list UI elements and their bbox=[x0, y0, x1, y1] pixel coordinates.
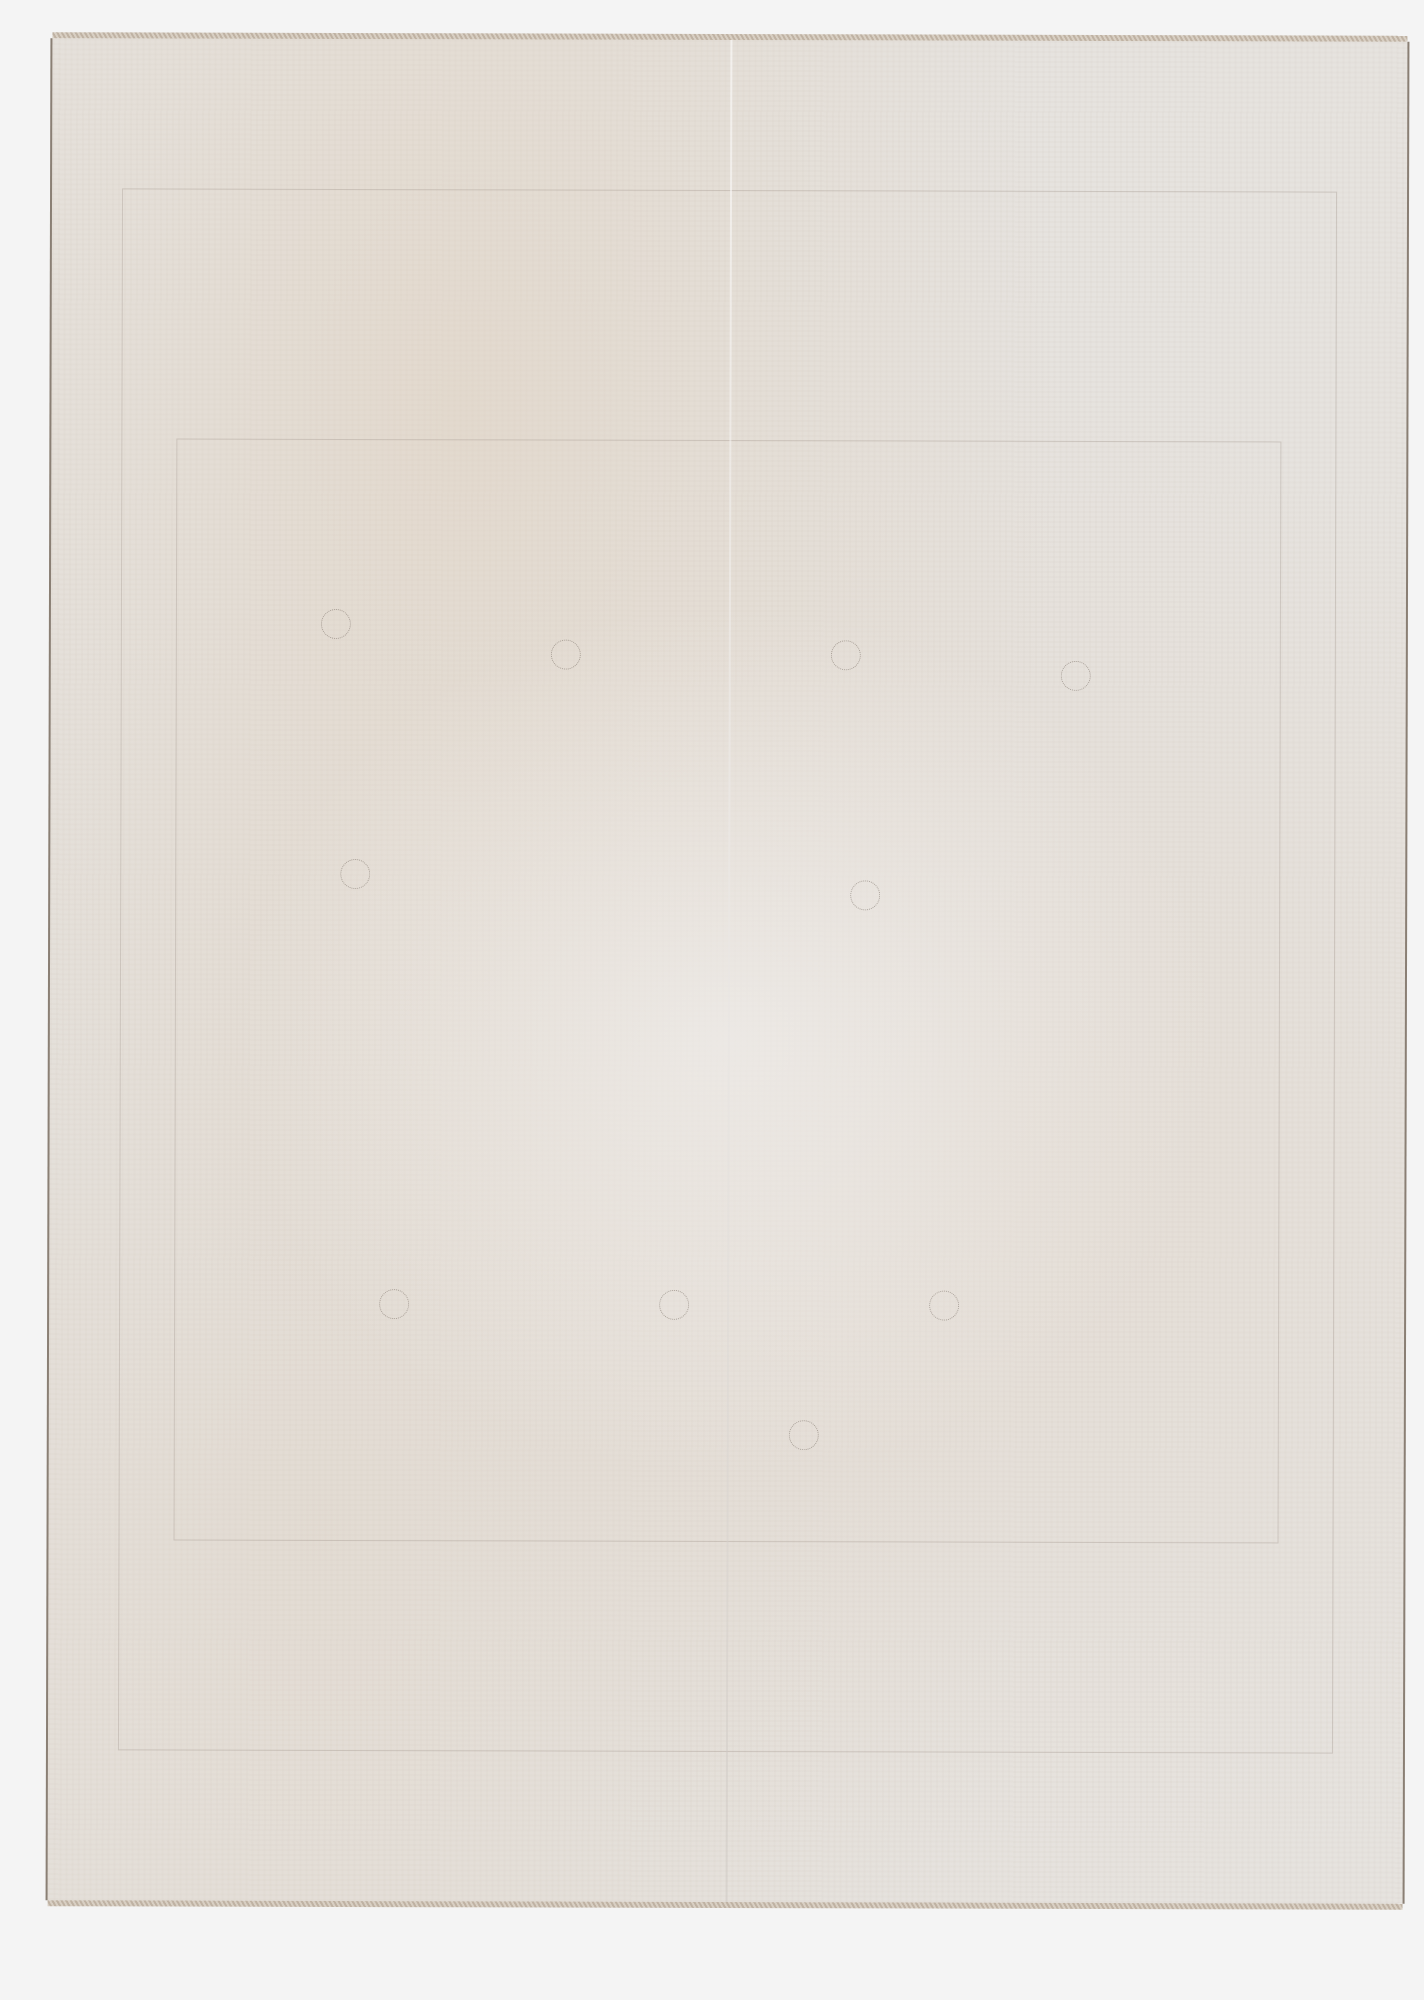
floral-motif bbox=[850, 880, 880, 910]
floral-motif bbox=[321, 609, 351, 639]
floral-motif bbox=[551, 640, 581, 670]
floral-motif bbox=[1061, 661, 1091, 691]
floral-motif bbox=[340, 859, 370, 889]
floral-motif bbox=[789, 1420, 819, 1450]
floral-motif bbox=[831, 640, 861, 670]
rug bbox=[46, 38, 1410, 1904]
floral-motif bbox=[659, 1290, 689, 1320]
floral-motif bbox=[929, 1291, 959, 1321]
floral-motif bbox=[379, 1289, 409, 1319]
